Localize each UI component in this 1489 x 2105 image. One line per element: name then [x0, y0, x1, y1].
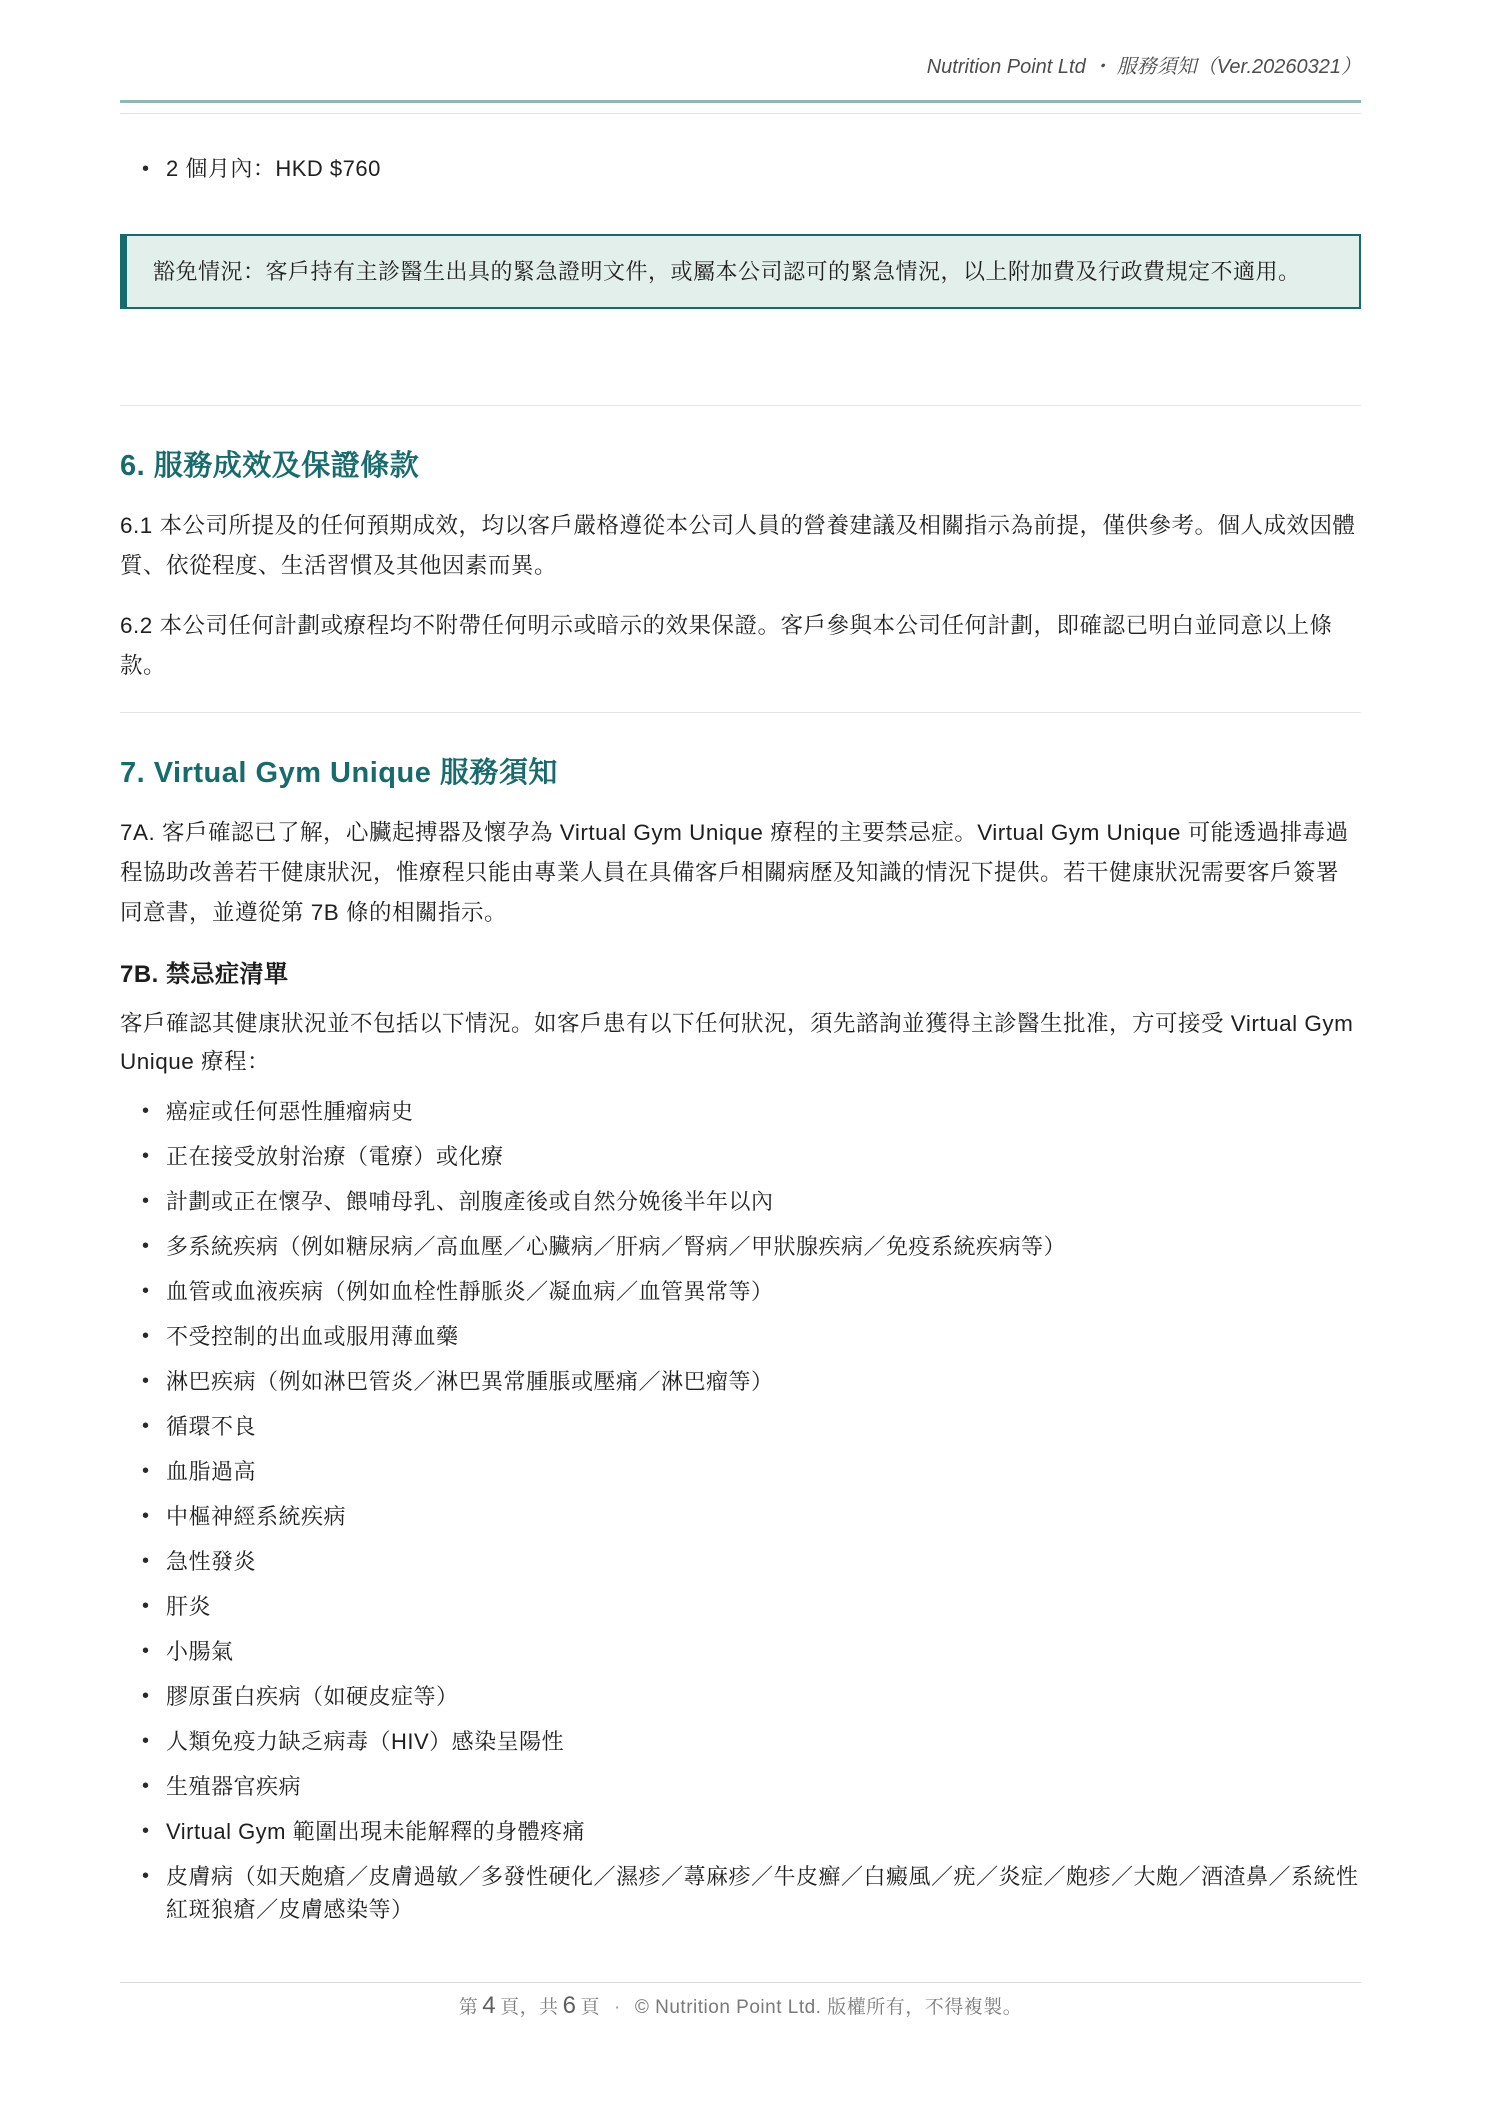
contraindication-item: • 不受控制的出血或服用薄血藥: [120, 1320, 1361, 1353]
contraindication-text: 人類免疫力缺乏病毒（HIV）感染呈陽性: [166, 1725, 564, 1758]
section-7b-intro: 客戶確認其健康狀況並不包括以下情況。如客戶患有以下任何狀況，須先諮詢並獲得主診醫…: [120, 1005, 1361, 1081]
bullet-icon: •: [142, 1500, 166, 1533]
contraindication-item: • 人類免疫力缺乏病毒（HIV）感染呈陽性: [120, 1725, 1361, 1758]
contraindication-text: 正在接受放射治療（電療）或化療: [166, 1140, 504, 1173]
bullet-icon: •: [142, 1140, 166, 1173]
contraindication-text: 癌症或任何惡性腫瘤病史: [166, 1095, 414, 1128]
exemption-notice-box: 豁免情況：客戶持有主診醫生出具的緊急證明文件，或屬本公司認可的緊急情況，以上附加…: [120, 234, 1361, 309]
contraindication-text: 循環不良: [166, 1410, 256, 1443]
contraindication-text: Virtual Gym 範圍出現未能解釋的身體疼痛: [166, 1815, 585, 1848]
footer-rule: [120, 1982, 1361, 1983]
bullet-icon: •: [142, 1275, 166, 1308]
bullet-icon: •: [142, 1860, 166, 1926]
header-gray-rule: [120, 113, 1361, 114]
contraindication-item: • 多系統疾病（例如糖尿病／高血壓／心臟病／肝病／腎病／甲狀腺疾病／免疫系統疾病…: [120, 1230, 1361, 1263]
section-7a-paragraph: 7A. 客戶確認已了解，心臟起搏器及懷孕為 Virtual Gym Unique…: [120, 813, 1361, 933]
bullet-icon: •: [142, 1680, 166, 1713]
contraindication-item: • 正在接受放射治療（電療）或化療: [120, 1140, 1361, 1173]
contraindication-item: • 中樞神經系統疾病: [120, 1500, 1361, 1533]
footer-separator: ·: [600, 1997, 635, 2018]
contraindication-item: • 急性發炎: [120, 1545, 1361, 1578]
section-divider: [120, 712, 1361, 713]
bullet-icon: •: [142, 1725, 166, 1758]
contraindication-text: 血管或血液疾病（例如血栓性靜脈炎／凝血病／血管異常等）: [166, 1275, 774, 1308]
page-footer: 第4頁，共6頁·© Nutrition Point Ltd. 版權所有，不得複製…: [120, 1982, 1361, 2020]
document-page: Nutrition Point Ltd ・ 服務須知（Ver.20260321）…: [0, 0, 1489, 2105]
bullet-icon: •: [142, 154, 166, 184]
section-6-paragraph-2: 6.2 本公司任何計劃或療程均不附帶任何明示或暗示的效果保證。客戶參與本公司任何…: [120, 606, 1361, 686]
bullet-icon: •: [142, 1185, 166, 1218]
bullet-icon: •: [142, 1815, 166, 1848]
footer-page-number: 4: [478, 1992, 500, 2019]
bullet-icon: •: [142, 1230, 166, 1263]
section-6-paragraph-1: 6.1 本公司所提及的任何預期成效，均以客戶嚴格遵從本公司人員的營養建議及相關指…: [120, 506, 1361, 586]
header-teal-rule: [120, 100, 1361, 103]
bullet-icon: •: [142, 1455, 166, 1488]
contraindication-text: 不受控制的出血或服用薄血藥: [166, 1320, 459, 1353]
contraindication-text: 多系統疾病（例如糖尿病／高血壓／心臟病／肝病／腎病／甲狀腺疾病／免疫系統疾病等）: [166, 1230, 1066, 1263]
contraindication-item: • 膠原蛋白疾病（如硬皮症等）: [120, 1680, 1361, 1713]
contraindication-text: 皮膚病（如天皰瘡／皮膚過敏／多發性硬化／濕疹／蕁麻疹／牛皮癬／白癜風／疣／炎症／…: [166, 1860, 1361, 1926]
footer-copyright: © Nutrition Point Ltd. 版權所有，不得複製。: [635, 1997, 1022, 2018]
contraindication-text: 中樞神經系統疾病: [166, 1500, 346, 1533]
contraindication-item: • 癌症或任何惡性腫瘤病史: [120, 1095, 1361, 1128]
contraindication-item: • 肝炎: [120, 1590, 1361, 1623]
contraindication-item: • Virtual Gym 範圍出現未能解釋的身體疼痛: [120, 1815, 1361, 1848]
footer-page-mid: 頁，共: [500, 1997, 559, 2018]
contraindication-item: • 計劃或正在懷孕、餵哺母乳、剖腹產後或自然分娩後半年以內: [120, 1185, 1361, 1218]
contraindication-item: • 血管或血液疾病（例如血栓性靜脈炎／凝血病／血管異常等）: [120, 1275, 1361, 1308]
bullet-icon: •: [142, 1320, 166, 1353]
bullet-icon: •: [142, 1635, 166, 1668]
section-6-title: 6. 服務成效及保證條款: [120, 446, 1361, 486]
price-text: 2 個月內：HKD $760: [166, 154, 381, 184]
bullet-icon: •: [142, 1410, 166, 1443]
footer-page-prefix: 第: [459, 1997, 479, 2018]
contraindication-item: • 血脂過高: [120, 1455, 1361, 1488]
bullet-icon: •: [142, 1590, 166, 1623]
price-list-item: • 2 個月內：HKD $760: [120, 154, 1361, 184]
contraindication-text: 生殖器官疾病: [166, 1770, 301, 1803]
contraindication-item: • 生殖器官疾病: [120, 1770, 1361, 1803]
section-7-title: 7. Virtual Gym Unique 服務須知: [120, 753, 1361, 793]
header-title: Nutrition Point Ltd ・ 服務須知（Ver.20260321）: [927, 56, 1361, 78]
contraindication-text: 膠原蛋白疾病（如硬皮症等）: [166, 1680, 459, 1713]
contraindication-item: • 淋巴疾病（例如淋巴管炎／淋巴異常腫脹或壓痛／淋巴瘤等）: [120, 1365, 1361, 1398]
page-header: Nutrition Point Ltd ・ 服務須知（Ver.20260321）: [120, 0, 1361, 80]
section-divider: [120, 405, 1361, 406]
contraindication-text: 急性發炎: [166, 1545, 256, 1578]
bullet-icon: •: [142, 1095, 166, 1128]
bullet-icon: •: [142, 1545, 166, 1578]
footer-text: 第4頁，共6頁·© Nutrition Point Ltd. 版權所有，不得複製…: [120, 1992, 1361, 2020]
contraindication-item: • 循環不良: [120, 1410, 1361, 1443]
contraindication-text: 小腸氣: [166, 1635, 234, 1668]
contraindication-text: 計劃或正在懷孕、餵哺母乳、剖腹產後或自然分娩後半年以內: [166, 1185, 774, 1218]
contraindication-text: 肝炎: [166, 1590, 211, 1623]
bullet-icon: •: [142, 1770, 166, 1803]
section-7b-title: 7B. 禁忌症清單: [120, 959, 1361, 991]
footer-page-suffix: 頁: [581, 1997, 601, 2018]
contraindication-list: • 癌症或任何惡性腫瘤病史 • 正在接受放射治療（電療）或化療 • 計劃或正在懷…: [120, 1095, 1361, 1926]
contraindication-text: 血脂過高: [166, 1455, 256, 1488]
exemption-notice-text: 豁免情況：客戶持有主診醫生出具的緊急證明文件，或屬本公司認可的緊急情況，以上附加…: [153, 259, 1301, 284]
contraindication-item: • 皮膚病（如天皰瘡／皮膚過敏／多發性硬化／濕疹／蕁麻疹／牛皮癬／白癜風／疣／炎…: [120, 1860, 1361, 1926]
contraindication-text: 淋巴疾病（例如淋巴管炎／淋巴異常腫脹或壓痛／淋巴瘤等）: [166, 1365, 774, 1398]
contraindication-item: • 小腸氣: [120, 1635, 1361, 1668]
footer-page-total: 6: [559, 1992, 581, 2019]
bullet-icon: •: [142, 1365, 166, 1398]
